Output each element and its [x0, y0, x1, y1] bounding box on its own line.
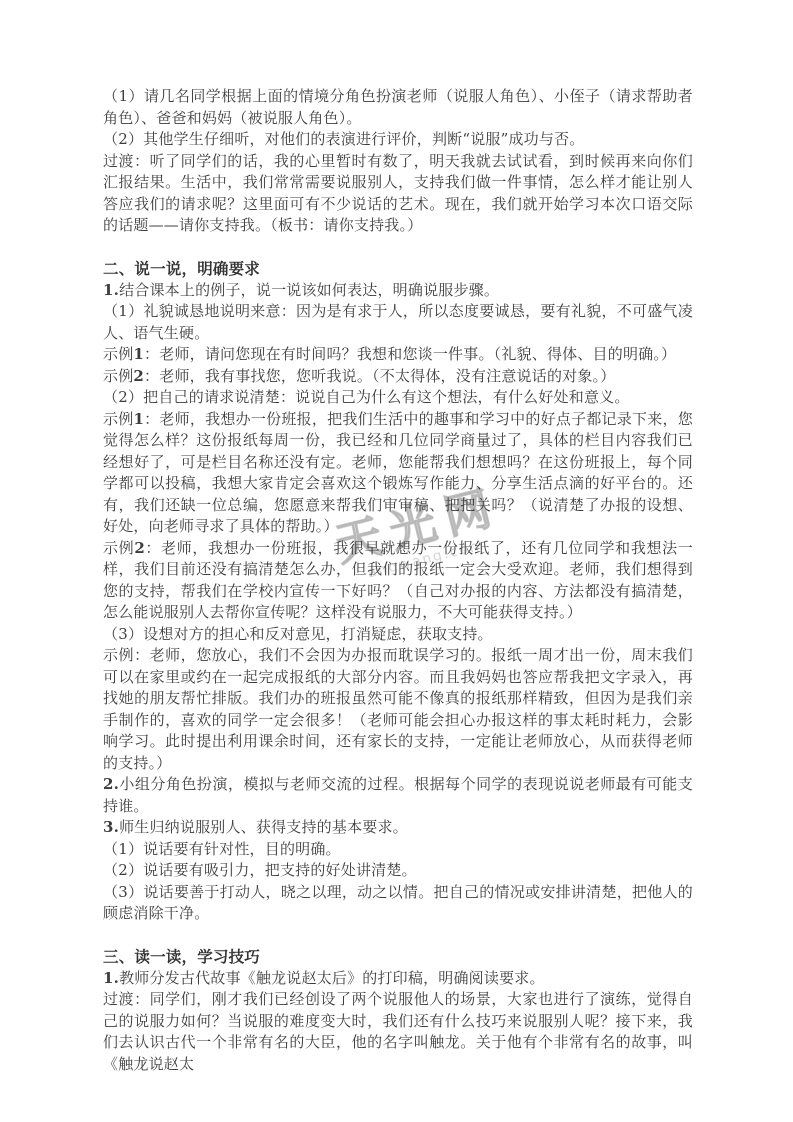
paragraph-pre: 示例	[103, 367, 133, 385]
paragraph-text: ：老师，我有事找您，您听我说。（不太得体，没有注意说话的对象。）	[144, 367, 615, 385]
paragraph: （2）其他学生仔细听，对他们的表演进行评价，判断“说服”成功与否。	[103, 129, 693, 151]
paragraph-pre: 示例	[103, 539, 134, 557]
paragraph-text: （1）礼貌诚恳地说明来意：因为是有求于人，所以态度要诚恳，要有礼貌，不可盛气凌人…	[103, 302, 693, 342]
paragraph: （3）设想对方的担心和反对意见，打消疑虑，获取支持。	[103, 624, 693, 646]
paragraph-number: 2	[133, 367, 144, 385]
paragraph-number: 1.	[103, 969, 119, 987]
paragraph-transition: 过渡：同学们，刚才我们已经创设了两个说服他人的场景，大家也进行了演练，觉得自己的…	[103, 989, 693, 1075]
paragraph-text: 教师分发古代故事《触龙说赵太后》的打印稿，明确阅读要求。	[119, 969, 545, 987]
paragraph-transition: 过渡：听了同学们的话，我的心里暂时有数了，明天我就去试试看，到时候再来向你们汇报…	[103, 151, 693, 237]
paragraph-text: 过渡：同学们，刚才我们已经创设了两个说服他人的场景，大家也进行了演练，觉得自己的…	[103, 990, 693, 1073]
paragraph-text: ：老师，我想办一份班报，把我们生活中的趣事和学习中的好点子都记录下来，您觉得怎么…	[103, 410, 693, 536]
paragraph-text: ：老师，请问您现在有时间吗？我想和您谈一件事。（礼貌、得体、目的明确。）	[144, 345, 676, 363]
section-heading-3: 三、读一读，学习技巧	[103, 946, 693, 968]
paragraph-pre: 示例	[103, 345, 133, 363]
paragraph-text: （2）其他学生仔细听，对他们的表演进行评价，判断“说服”成功与否。	[103, 130, 584, 148]
paragraph-text: （3）设想对方的担心和反对意见，打消疑虑，获取支持。	[103, 625, 493, 643]
paragraph-example: 示例1：老师，我想办一份班报，把我们生活中的趣事和学习中的好点子都记录下来，您觉…	[103, 409, 693, 538]
paragraph: （1）请几名同学根据上面的情境分角色扮演老师（说服人角色）、小侄子（请求帮助者角…	[103, 86, 693, 129]
paragraph: （2）把自己的请求说清楚：说说自己为什么有这个想法，有什么好处和意义。	[103, 387, 693, 409]
paragraph-number: 2.	[103, 775, 119, 793]
paragraph: 1.教师分发古代故事《触龙说赵太后》的打印稿，明确阅读要求。	[103, 968, 693, 990]
paragraph-pre: 示例	[103, 646, 134, 664]
document-body: （1）请几名同学根据上面的情境分角色扮演老师（说服人角色）、小侄子（请求帮助者角…	[103, 86, 693, 1075]
paragraph-number: 3.	[103, 818, 119, 836]
paragraph: （1）礼貌诚恳地说明来意：因为是有求于人，所以态度要诚恳，要有礼貌，不可盛气凌人…	[103, 301, 693, 344]
paragraph-text: （2）把自己的请求说清楚：说说自己为什么有这个想法，有什么好处和意义。	[103, 388, 630, 406]
paragraph-number: 1	[133, 345, 144, 363]
paragraph-text: 结合课本上的例子，说一说该如何表达，明确说服步骤。	[119, 281, 499, 299]
paragraph-text: ：老师，我想办一份班报，我很早就想办一份报纸了，还有几位同学和我想法一样，我们目…	[103, 539, 693, 622]
paragraph: 3.师生归纳说服别人、获得支持的基本要求。	[103, 817, 693, 839]
paragraph: （1）说话要有针对性，目的明确。	[103, 839, 693, 861]
paragraph-text: （1）说话要有针对性，目的明确。	[103, 840, 341, 858]
paragraph-text: ：老师，您放心，我们不会因为办报而耽误学习的。报纸一周才出一份，周末我们可以在家…	[103, 646, 693, 772]
paragraph-pre: 示例	[103, 410, 134, 428]
paragraph-text: （2）说话要有吸引力，把支持的好处讲清楚。	[103, 861, 417, 879]
paragraph-number: 1.	[103, 281, 119, 299]
paragraph: 2.小组分角色扮演，模拟与老师交流的过程。根据每个同学的表现说说老师最有可能支持…	[103, 774, 693, 817]
paragraph-example: 示例2：老师，我想办一份班报，我很早就想办一份报纸了，还有几位同学和我想法一样，…	[103, 538, 693, 624]
paragraph-text: 小组分角色扮演，模拟与老师交流的过程。根据每个同学的表现说说老师最有可能支持谁。	[103, 775, 693, 815]
document-page: 天光网 angwang.com （1）请几名同学根据上面的情境分角色扮演老师（说…	[0, 0, 793, 1122]
paragraph-text: 过渡：听了同学们的话，我的心里暂时有数了，明天我就去试试看，到时候再来向你们汇报…	[103, 152, 693, 235]
paragraph-example: 示例2：老师，我有事找您，您听我说。（不太得体，没有注意说话的对象。）	[103, 366, 693, 388]
paragraph-text: （3）说话要善于打动人，晓之以理，动之以情。把自己的情况或安排讲清楚，把他人的顾…	[103, 883, 693, 923]
paragraph: （3）说话要善于打动人，晓之以理，动之以情。把自己的情况或安排讲清楚，把他人的顾…	[103, 882, 693, 925]
paragraph: （2）说话要有吸引力，把支持的好处讲清楚。	[103, 860, 693, 882]
paragraph-example: 示例1：老师，请问您现在有时间吗？我想和您谈一件事。（礼貌、得体、目的明确。）	[103, 344, 693, 366]
paragraph-number: 2	[134, 539, 145, 557]
paragraph: 1.结合课本上的例子，说一说该如何表达，明确说服步骤。	[103, 280, 693, 302]
section-heading-2: 二、说一说，明确要求	[103, 258, 693, 280]
paragraph-text: （1）请几名同学根据上面的情境分角色扮演老师（说服人角色）、小侄子（请求帮助者角…	[103, 87, 693, 127]
paragraph-example: 示例：老师，您放心，我们不会因为办报而耽误学习的。报纸一周才出一份，周末我们可以…	[103, 645, 693, 774]
paragraph-text: 师生归纳说服别人、获得支持的基本要求。	[119, 818, 408, 836]
paragraph-number: 1	[134, 410, 145, 428]
